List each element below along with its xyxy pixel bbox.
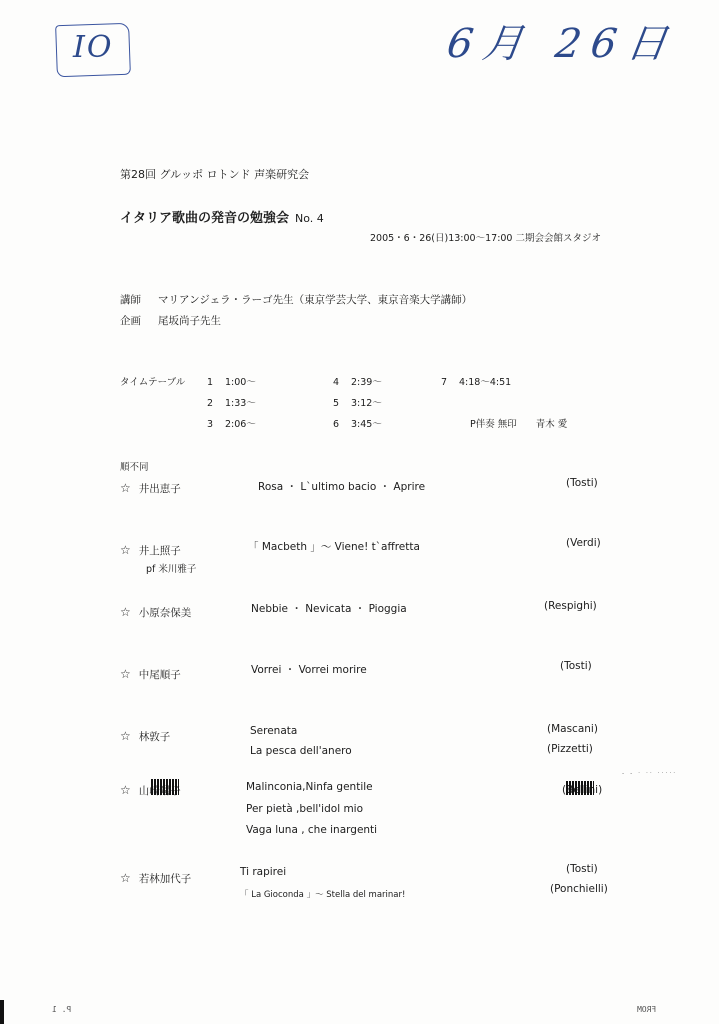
performer-name: 井出恵子 — [139, 483, 181, 495]
song-title: Rosa ・ L`ultimo bacio ・ Aprire — [258, 479, 425, 494]
accompanist-note: P伴奏 無印 青木 愛 — [470, 416, 567, 430]
scan-noise: - - · ·· ····· — [622, 770, 677, 777]
song-title: 「 La Gioconda 」～ Stella del marinar! — [240, 888, 405, 900]
song-title: Vorrei ・ Vorrei morire — [251, 662, 367, 677]
composer: (Tosti) — [560, 660, 592, 672]
composer: (Respighi) — [544, 600, 597, 612]
timetable-slot: 63:45～ — [333, 416, 382, 430]
title-number: No. 4 — [295, 212, 324, 225]
song-title: Serenata — [250, 725, 297, 737]
handwritten-box-label: IO — [73, 30, 113, 65]
performer-name: 林敦子 — [139, 731, 171, 743]
program-entry-performer: ☆井出恵子 — [120, 477, 181, 496]
lecturer-name: マリアンジェラ・ラーゴ先生（東京学芸大学、東京音楽大学講師） — [158, 292, 472, 307]
star-icon: ☆ — [120, 605, 131, 619]
star-icon: ☆ — [120, 783, 131, 797]
song-title: Ti rapirei — [240, 866, 286, 878]
timetable-slot: 53:12～ — [333, 395, 382, 409]
song-title: Vaga luna , che inargenti — [246, 824, 377, 836]
planner-name: 尾坂尚子先生 — [158, 313, 221, 328]
scan-edge — [0, 1000, 4, 1024]
program-entry-performer: ☆若林加代子 — [120, 867, 191, 886]
performer-name: 若林加代子 — [139, 873, 192, 885]
star-icon: ☆ — [120, 729, 131, 743]
program-entry-performer: ☆井上照子 — [120, 539, 181, 558]
timetable-slot: 74:18～4:51 — [441, 374, 511, 388]
performer-name: 小原奈保美 — [139, 607, 192, 619]
song-title: Malinconia,Ninfa gentile — [246, 781, 373, 793]
song-title: Nebbie ・ Nevicata ・ Pioggia — [251, 601, 407, 616]
page-title: イタリア歌曲の発音の勉強会No. 4 — [120, 207, 324, 226]
star-icon: ☆ — [120, 543, 131, 557]
performer-name: 井上照子 — [139, 545, 181, 557]
program-entry-performer: ☆中尾順子 — [120, 663, 181, 682]
star-icon: ☆ — [120, 871, 131, 885]
star-icon: ☆ — [120, 481, 131, 495]
order-label: 順不同 — [120, 459, 149, 473]
handwritten-date: 6月 26日 — [444, 12, 681, 69]
title-text: イタリア歌曲の発音の勉強会 — [120, 211, 289, 226]
timetable-label: タイムテーブル — [120, 374, 185, 388]
composer: (Verdi) — [566, 537, 601, 549]
composer: (Tosti) — [566, 863, 598, 875]
composer: (Bellini) — [562, 784, 602, 796]
program-entry-performer: ☆小原奈保美 — [120, 601, 191, 620]
timetable-slot: 21:33～ — [207, 395, 256, 409]
song-title: 「 Macbeth 」～ Viene! t`affretta — [248, 539, 420, 554]
star-icon: ☆ — [120, 667, 131, 681]
timetable-slot: 11:00～ — [207, 374, 256, 388]
page-number-mirrored: P. 1 — [52, 1005, 71, 1014]
program-entry-performer: ☆林敦子 — [120, 725, 170, 744]
pianist-note: pf 米川雅子 — [146, 561, 196, 575]
performer-name: 山崎陽子 — [139, 783, 181, 798]
event-series: 第28回 グルッポ ロトンド 声楽研究会 — [120, 166, 309, 182]
lecturer-label: 講師 — [120, 292, 141, 307]
composer: (Ponchielli) — [550, 883, 608, 895]
composer: (Pizzetti) — [547, 743, 593, 755]
datetime-venue: 2005・6・26(日)13:00～17:00 二期会会館スタジオ — [370, 230, 601, 244]
composer: (Mascani) — [547, 723, 598, 735]
program-entry-performer: ☆山崎陽子 — [120, 779, 181, 798]
timetable-slot: 42:39～ — [333, 374, 382, 388]
composer: (Tosti) — [566, 477, 598, 489]
planner-label: 企画 — [120, 313, 141, 328]
fax-from-mirrored: FROM — [637, 1005, 656, 1014]
timetable-slot: 32:06～ — [207, 416, 256, 430]
performer-name: 中尾順子 — [139, 669, 181, 681]
song-title: Per pietà ,bell'idol mio — [246, 803, 363, 815]
song-title: La pesca dell'anero — [250, 745, 352, 757]
